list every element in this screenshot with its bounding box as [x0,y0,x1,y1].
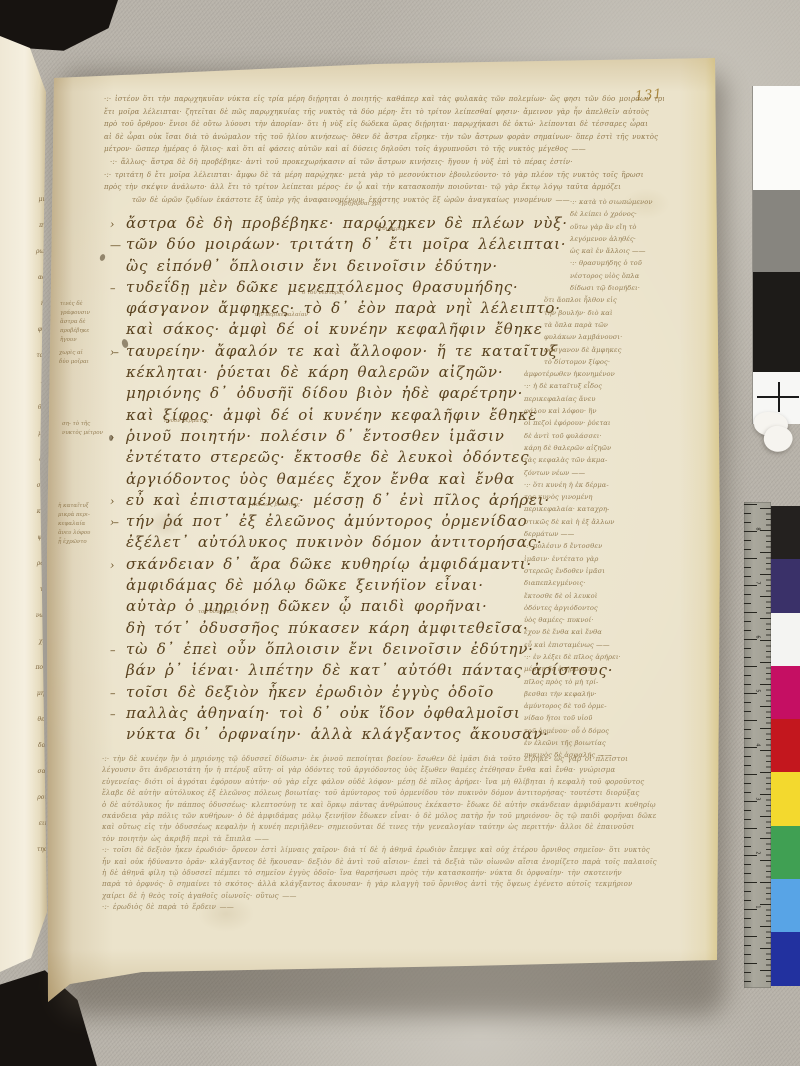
scholia-line: ση- τὸ τῆς [62,420,120,429]
verse-text: κέκληται· ῥύεται δὲ κάρη θαλερῶν αἰζηῶν· [126,363,503,381]
verse-text: τυδεΐδῃ μὲν δῶκε μενεπτόλεμος θρασυμήδης… [126,278,518,296]
grayscale-segment [753,190,800,272]
color-patch [771,772,800,825]
scholia-line: φυλάκων λαμβάνουσι· [524,331,666,343]
scholia-line: ἡ δὲ ἀθηνᾶ φίλη τῷ ὀδυσσεῖ πέμπει τὸ σημ… [102,868,670,879]
verse-text: καὶ σάκος· ἀμφὶ δέ οἱ κυνέην κεφαλῆφιν ἔ… [126,320,543,338]
scholia-line: διαπεπλεγμένοις· [524,577,666,589]
margin-critical-mark: – [110,687,126,700]
scholia-line: βεσθαι τὴν κεφαλήν· [524,688,666,700]
scholia-line: ἦν καὶ οὐκ ἠδύναντο ὁρᾶν· κλάγξαντος δὲ … [102,857,670,868]
scholia-line: ὅτι ἄοπλοι ἦλθον εἰς [524,294,666,306]
scholia-line: οἱ πεζοὶ ἐφόρουν· ῥύεται [524,417,666,429]
margin-critical-mark: – [110,644,126,657]
scholia-line: μικρὰ περι- [58,511,116,520]
facing-page-fore-edge: μυ,πτ'ρωνασ.ἠνφινται·λεθαιμοιδε,σηνκονψι… [0,28,55,990]
text-fragment: σαι [38,768,49,776]
scholia-line: τὸ δίστομον ξίφος· [524,356,666,368]
scholia-line: ·:· τὴν δὲ κυνέην ἣν ὁ μηριόνης τῷ ὀδυσσ… [102,754,670,765]
color-patch [771,879,800,932]
text-fragment: ψιν [37,534,48,542]
text-fragment: ται· [36,352,48,360]
ink-blot [99,253,106,261]
verse-text: σκάνδειαν δ᾽ ἄρα δῶκε κυθηρίῳ ἀμφιδάμαντ… [126,555,532,573]
scholia-line: ἔτι μοῖρα λέλειπται· ζητεῖται δὲ πῶς παρ… [104,106,664,119]
scholia-line: πρὸ τοῦ ὄρθρου· ἔνιοι δὲ οὕτω λύουσι τὴν… [104,118,664,131]
scholia-line: μέτρον· ὥσπερ ἡμέρας ὁ ἥλιος· καὶ ὅτι αἱ… [104,143,664,156]
text-fragment: χει [39,638,48,646]
scholia-line: εὐγενείας· διότι οἱ ἀγρόται ἐφόρουν αὐτή… [102,777,670,788]
verse-text: μηριόνης δ᾽ ὀδυσῆϊ δίδου βιὸν ἠδὲ φαρέτρ… [126,384,523,402]
scholia-line: ·:· κατὰ τὸ σιωπώμενον [524,196,666,208]
margin-critical-mark: – [110,282,126,295]
scholia-line: σκάνδεια γὰρ πόλις τῶν κυθήρων· ὁ δὲ ἀμφ… [102,811,670,822]
margin-critical-mark: › [110,218,126,231]
scholia-line: δὲ λείπει ὁ χρόνος· [524,208,666,220]
scholia-line: ·:· πολέσιν δ ἔντοσθεν [524,540,666,552]
text-fragment: ρων [36,248,48,256]
text-fragment: ραν [37,560,48,568]
manuscript-photograph: μυ,πτ'ρωνασ.ἠνφινται·λεθαιμοιδε,σηνκονψι… [0,0,800,1066]
scholia-line: λέγουσιν ὅτι ἀνδρειοτάτη ἦν ἡ πτέρυξ αὕτ… [102,765,670,776]
text-fragment: θεν [38,716,48,724]
verse-text: καὶ ξίφος· ἀμφὶ δέ οἱ κυνέην κεφαλῆφιν ἔ… [126,406,537,424]
scholia-line: ζόντων νέων —— [524,467,666,479]
scholia-line: αἱ δὲ ὧραι οὐκ ἴσαι διὰ τὸ ἀνώμαλον τῆς … [104,131,664,144]
scholia-line: χωρὶς αἱ [59,349,117,358]
verse-text: ἐντέτατο στερεῶς· ἔκτοσθε δὲ λευκοὶ ὀδόν… [126,448,529,466]
verse-text: δὴ τότ᾽ ὀδυσσῆος πύκασεν κάρη ἀμφιτεθεῖσ… [126,619,529,637]
scholia-line: τος κυνὸς γινομένη [524,491,666,503]
left-margin-scholion-4: ἡ καταῖτυξμικρὰ περι-κεφαλαίαἄνευ λόφουᾗ… [58,502,116,547]
scholia-line: δίδωσι τῷ διομήδει· [524,282,666,294]
verse-text: παλλὰς ἀθηναίη· τοὶ δ᾽ οὐκ ἴδον ὀφθαλμοῖ… [126,704,521,722]
scholia-line: νέστορος υἱὸς ὅπλα [524,270,666,282]
calibration-ruler: 87654321 [744,502,800,988]
scholia-line: δύο μοῖραι [59,358,117,367]
scholia-line: περικεφαλαίας ἄνευ [524,393,666,405]
text-fragment: δαι [38,742,48,750]
scholia-line: ·:· ἐν λέξει δὲ πῖλος ἀρήρει· [524,651,666,663]
scholia-line: φάσγανον δὲ ἄμφηκες [524,344,666,356]
scholia-line: τὴν βουλήν· διὸ καὶ [524,307,666,319]
scholia-line: ὡς καὶ ἐν ἄλλοις —— [524,245,666,257]
manuscript-page: 131 ·:· ἰστέον ὅτι τὴν παρῳχηκυῖαν νύκτα… [46,54,720,1006]
color-patch [771,506,800,559]
scholia-line: ἀμφοτέρωθεν ἠκονημένον [524,368,666,380]
grayscale-segments [753,86,800,424]
scholia-line: ·:· τοῖσι δὲ δεξιὸν ἧκεν ἐρωδιόν· ὄρνεον… [102,845,670,856]
scholia-line: ·:· ὅτι κυνέη ἡ ἐκ δέρμα- [524,479,666,491]
scholia-line: ἔχον δὲ ἔνθα καὶ ἔνθα [524,626,666,638]
scholia-line: προβέβηκε [60,327,118,336]
text-fragment: νων [36,612,48,620]
scholia-line: τὰς κεφαλὰς τῶν ἀκμα- [524,454,666,466]
text-fragment: ρου [37,794,48,802]
verse-text: ἀργιόδοντος ὑὸς θαμέες ἔχον ἔνθα καὶ ἔνθ… [126,470,515,488]
color-patch [771,826,800,879]
scholia-line: στικῶς δὲ καὶ ἡ ἐξ ἄλλων [524,516,666,528]
scholia-line: ἡ καταῖτυξ [58,502,116,511]
tissue-paper-fragment [752,410,796,456]
scholia-right-column: ·:· κατὰ τὸ σιωπώμενονδὲ λείπει ὁ χρόνος… [524,196,666,762]
verse-text: ῥινοῦ ποιητήν· πολέσιν δ᾽ ἔντοσθεν ἱμᾶσι… [126,427,505,445]
left-margin-scholion-1: τινὲς δὲγράφουσινἄστρα δὲπροβέβηκεἤγουν [60,300,118,345]
scholia-line: ἔλαβε δὲ αὐτὴν αὐτόλυκος ἐξ ἐλεῶνος πόλε… [102,788,670,799]
margin-critical-mark: – [110,708,126,721]
color-patch [771,666,800,719]
grayscale-segment [753,86,800,190]
scholia-line: κεφαλαία [58,520,116,529]
color-patch [771,932,800,985]
facing-page-line-ends: μυ,πτ'ρωνασ.ἠνφινται·λεθαιμοιδε,σηνκονψι… [35,196,48,854]
grayscale-segment [753,272,800,372]
verse-text: ἄστρα δὲ δὴ προβέβηκε· παρῴχηκεν δὲ πλέω… [126,214,568,232]
scholia-line: παρὰ τὸ ὀρφνός· ὃ σημαίνει τὸ σκότος· ἀλ… [102,879,670,890]
verse-text: εὖ καὶ ἐπισταμένως· μέσσῃ δ᾽ ἐνὶ πῖλος ἀ… [126,491,550,509]
scholia-line: ἄνευ λόφου [58,529,116,538]
scholia-line: ὁ δὲ αὐτόλυκος ἦν πάππος ὀδυσσέως· κλεπτ… [102,800,670,811]
scholia-line: ·:· τριτάτη δ ἔτι μοῖρα λέλειπται· ἄμφω … [104,169,664,182]
scholia-line: πρὸς τὴν σκέψιν ἀνάλωτο· ἀλλ ἔτι τὸ τρίτ… [104,181,664,194]
scholia-line: δὲ ἀντὶ τοῦ φυλάσσει· [524,430,666,442]
text-fragment: φιν [38,326,48,334]
scholia-line: πῖλος πρὸς τὸ μὴ τρί- [524,676,666,688]
scholia-line: τὰ ὅπλα παρὰ τῶν [524,319,666,331]
scholia-line: καὶ οὕτως εἰς τὴν ὀδυσσέως κεφαλὴν ἡ κυν… [102,822,670,833]
scholia-line: ·:· ἄλλως· ἄστρα δὲ δὴ προβέβηκε· ἀντὶ τ… [110,156,664,169]
scholia-line: ἐν ἐλεῶνι τῆς βοιωτίας [524,737,666,749]
scholia-line: ἀμύντορος δὲ τοῦ ὀρμε- [524,700,666,712]
scholia-line: ·:· ἐρωδιὸς δὲ παρὰ τὸ ἕρδειν —— [102,902,329,913]
color-patch [771,613,800,666]
scholia-line: ὀδόντες ἀργιόδοντος [524,602,666,614]
text-fragment: δε, [39,456,48,464]
scholia-line: λεγόμενον ἀληθές· [524,233,666,245]
scholia-line: ·:· θρασυμήδης ὁ τοῦ [524,257,666,269]
scholia-line: στερεῶς ἔνδοθεν ἱμᾶσι [524,565,666,577]
scholia-line: ὑὸς θαμέες· πυκνοί· [524,614,666,626]
text-fragment: μυ, [39,196,48,204]
scholia-line: κάρη δὲ θαλερῶν αἰζηῶν [524,442,666,454]
verse-text: αὐτὰρ ὁ μηριόνῃ δῶκεν ᾧ παιδὶ φορῆναι· [126,597,488,615]
scholia-line: ·:· ἡ δὲ καταῖτυξ εἶδος [524,380,666,392]
verse-text: τήν ῥά ποτ᾽ ἐξ ἐλεῶνος ἀμύντορος ὀρμενίδ… [126,512,527,530]
margin-critical-mark: — [110,239,126,252]
scholia-bottom-block: ·:· τὴν δὲ κυνέην ἣν ὁ μηριόνης τῷ ὀδυσσ… [102,754,670,916]
color-patch [771,559,800,612]
verse-text: τῶν δύο μοιράων· τριτάτη δ᾽ ἔτι μοῖρα λέ… [126,235,566,253]
crosshair-registration-icon [778,382,780,412]
color-patch-column [771,506,800,986]
scholia-line: περικεφαλαία· καταχρη- [524,503,666,515]
text-fragment: θαι [38,404,48,412]
text-fragment: λε [41,378,48,386]
text-fragment: ασ. [38,274,48,282]
verse-text: τὼ δ᾽ ἐπεὶ οὖν ὅπλοισιν ἔνι δεινοῖσιν ἐδ… [126,640,534,658]
text-fragment: ποτ' [35,664,48,672]
verse-text: ὣς εἰπόνθ᾽ ὅπλοισιν ἔνι δεινοῖσιν ἐδύτην… [126,257,498,275]
scholia-line: χαίρει δὲ ἡ θεὸς τοῖς ἀγαθοῖς οἰωνοῖς· ο… [102,891,454,902]
scholia-line: ἔκτοσθε δὲ οἱ λευκοὶ [524,590,666,602]
scholia-line: τοῦ ὀρμένου· οὗ ὁ δόμος [524,725,666,737]
ruler-numbers: 87654321 [756,502,759,934]
scholia-line: ·:· ἰστέον ὅτι τὴν παρῳχηκυῖαν νύκτα εἰς… [104,93,664,106]
scholia-line: ἄστρα δὲ [60,318,118,327]
scholia-line: τινὲς δὲ [60,300,118,309]
text-fragment: ειν [39,820,48,828]
text-fragment: μην [37,690,48,698]
verse-text: φάσγανον ἄμφηκες· τὸ δ᾽ ἑὸν παρὰ νηῒ λέλ… [126,299,561,317]
verse-text: ἀμφιδάμας δὲ μόλῳ δῶκε ξεινήϊον εἶναι· [126,576,484,594]
text-fragment: τησ [37,846,48,854]
scholia-line: φάλου καὶ λόφου· ἣν [524,405,666,417]
ruler-scale: 87654321 [744,502,771,988]
scholia-top-block: ·:· ἰστέον ὅτι τὴν παρῳχηκυῖαν νύκτα εἰς… [104,93,664,211]
verse-text: ἐξέλετ᾽ αὐτόλυκος πυκινὸν δόμον ἀντιτορή… [126,533,542,551]
scholia-line: ἱμᾶσιν· ἐντέτατο γὰρ [524,553,666,565]
scholia-line: μέσσῃ δὲ ἐνήρμοστο [524,663,666,675]
text-fragment: πτ' [39,222,48,230]
scholia-line: ἤγουν [60,336,118,345]
verse-text: τοῖσι δὲ δεξιὸν ἧκεν ἐρωδιὸν ἐγγὺς ὁδοῖο [126,683,494,701]
ink-blot [109,435,113,441]
text-fragment: τω [40,586,48,594]
grayscale-calibration-bar [752,86,800,424]
interlinear-gloss: ἐγρήγορθαι χρή [338,201,381,207]
scholia-line: δερμάτων —— [524,528,666,540]
text-fragment: ἠν [41,300,48,308]
scholia-line: τὸν ποιητὴν ὡς ἀκριβῆ περὶ τὰ ἔπιπλα —— [102,834,443,845]
scholia-line: γράφουσιν [60,309,118,318]
scholia-line: οὕτω γὰρ ἂν εἴη τὸ [524,221,666,233]
text-fragment: μοι [38,430,48,438]
text-fragment: σην [37,482,48,490]
margin-critical-mark: › [110,559,126,572]
verse-text: ταυρείην· ἄφαλόν τε καὶ ἄλλοφον· ἥ τε κα… [126,342,558,360]
scholia-line: ᾗ ἐχρῶντο [58,538,116,547]
left-margin-scholion-2: χωρὶς αἱδύο μοῖραι [59,349,117,367]
scholia-line: εὖ καὶ ἐπισταμένως —— [524,639,666,651]
verse-text: νύκτα δι᾽ ὀρφναίην· ἀλλὰ κλάγξαντος ἄκου… [126,725,549,743]
text-fragment: κον [37,508,48,516]
color-patch [771,719,800,772]
scholia-line: νίδαο ἤτοι τοῦ υἱοῦ [524,712,666,724]
